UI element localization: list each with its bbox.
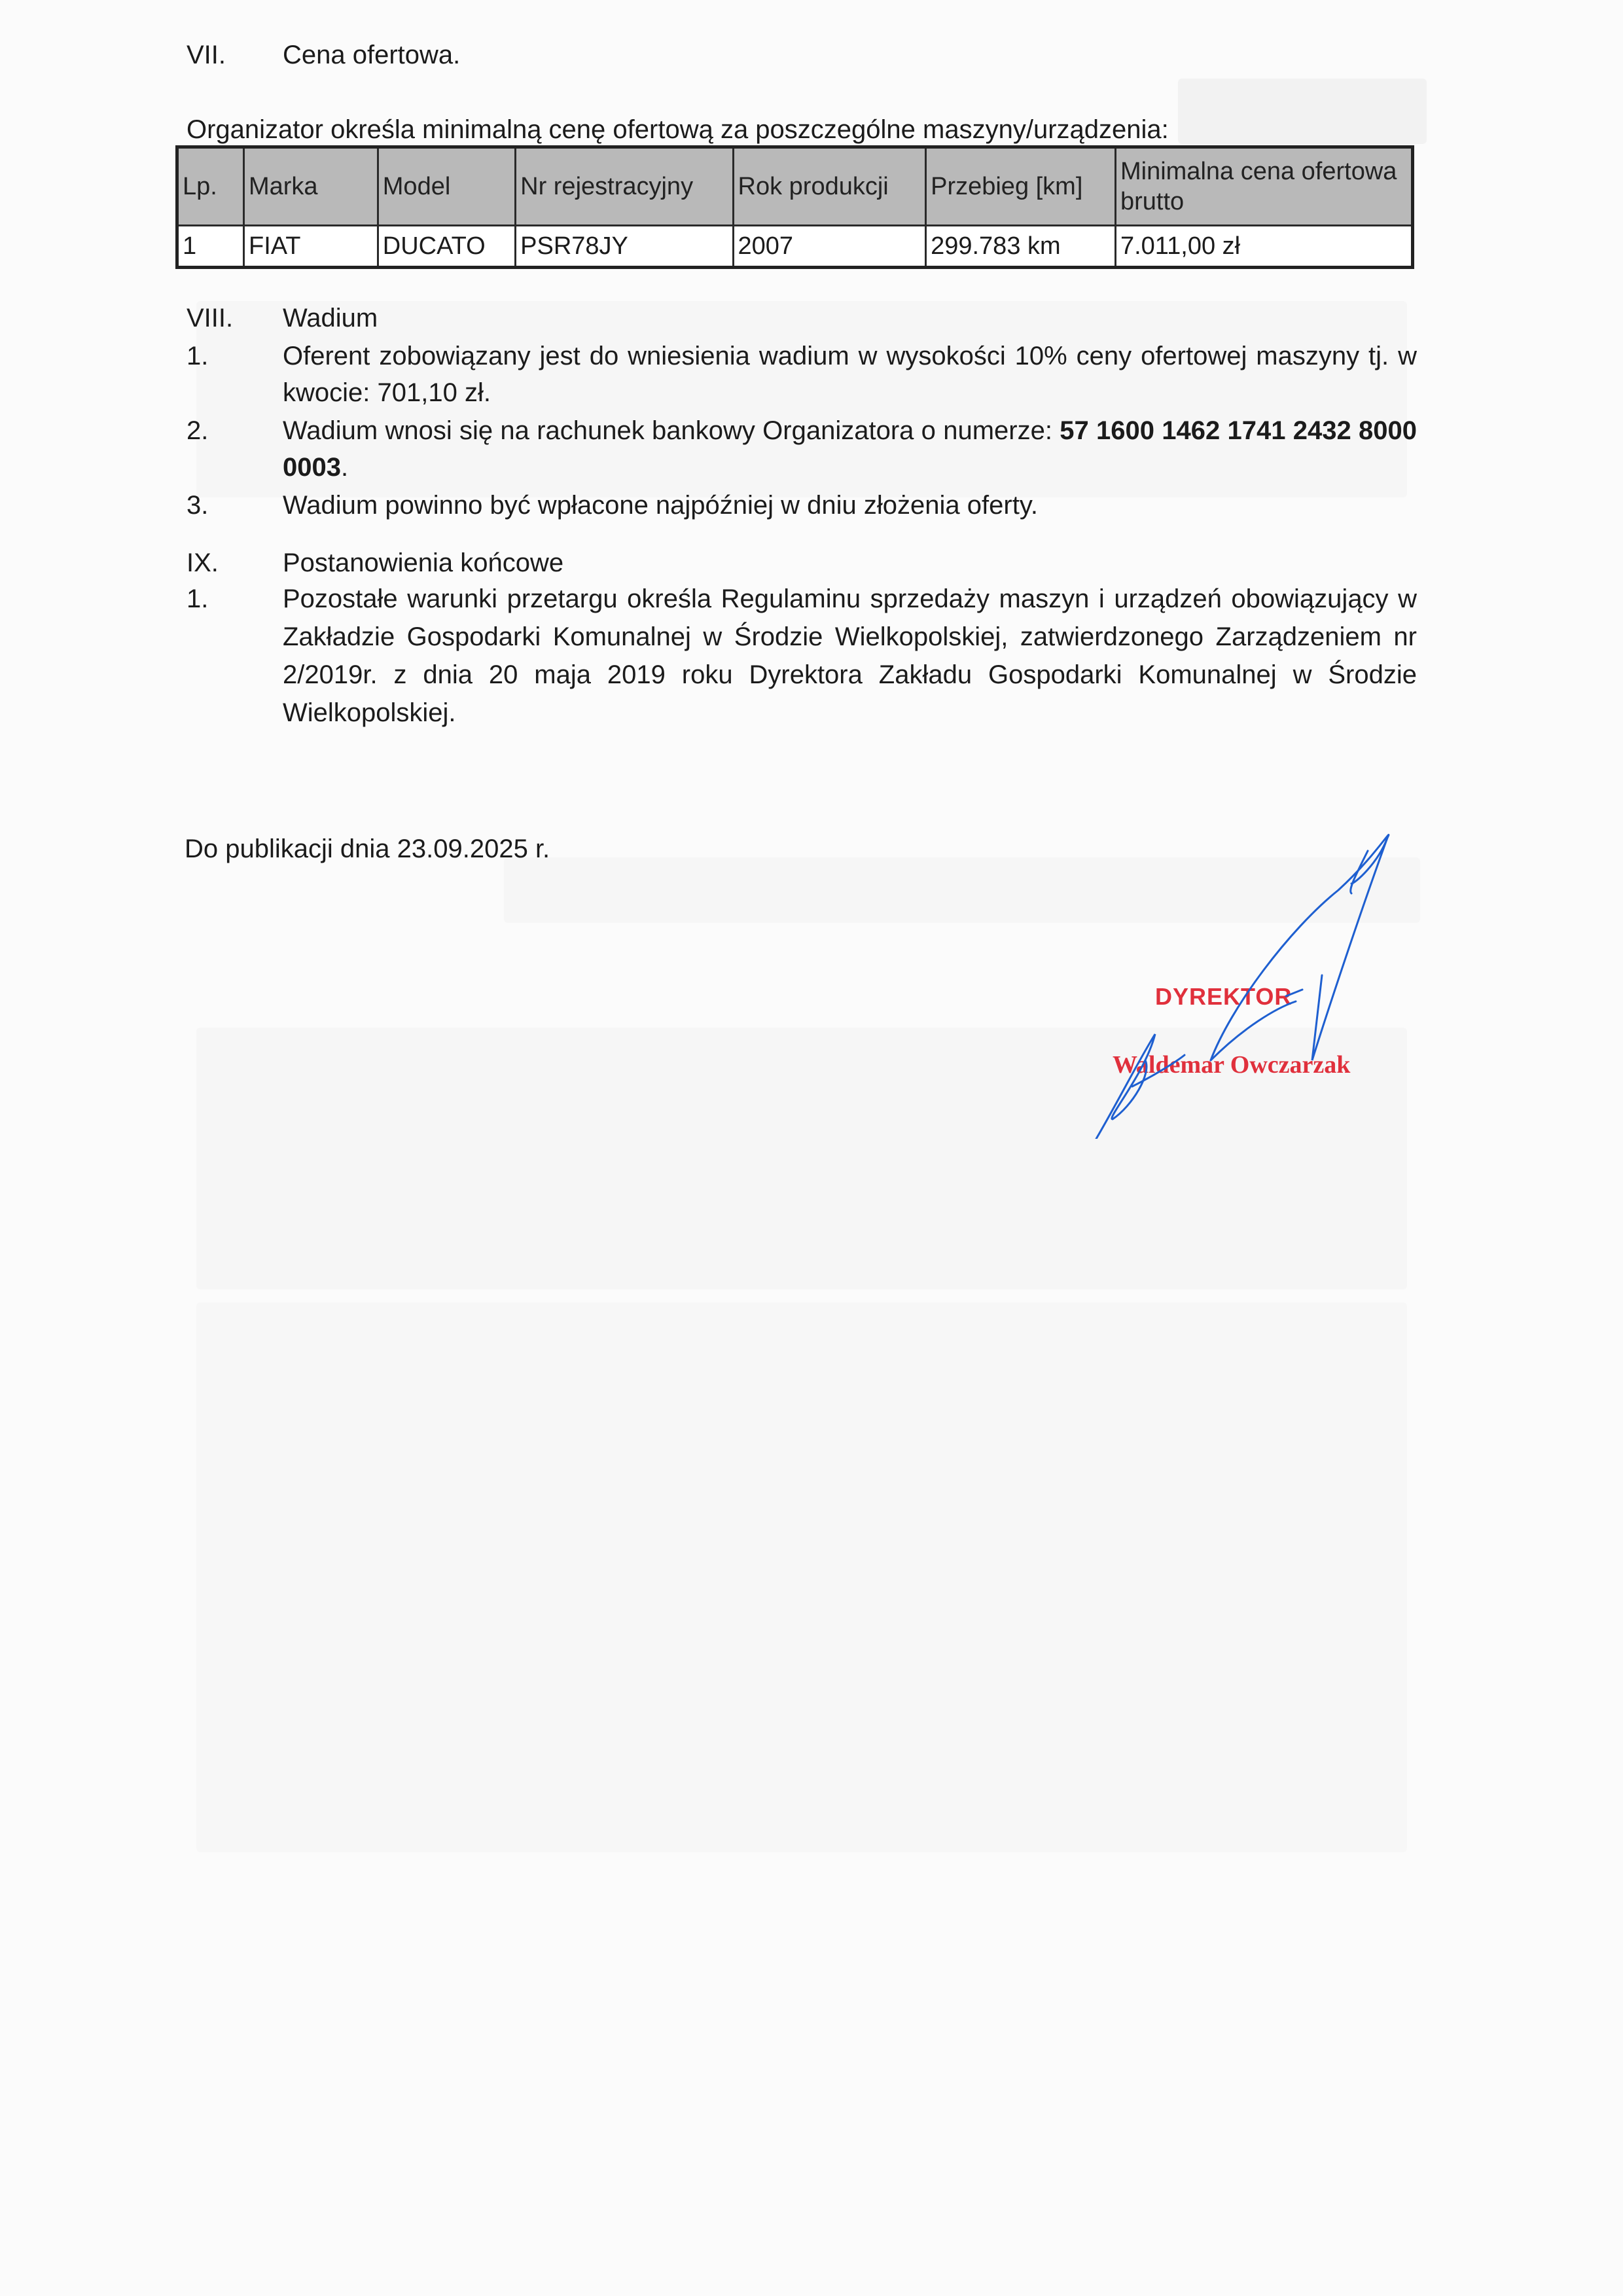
column-header: Rok produkcji: [733, 147, 926, 226]
item-text: Pozostałe warunki przetargu określa Regu…: [283, 580, 1417, 732]
price-intro: Organizator określa minimalną cenę ofert…: [187, 111, 1430, 148]
section-ix-heading: IX. Postanowienia końcowe: [187, 547, 563, 579]
table-body: 1FIATDUCATOPSR78JY2007299.783 km7.011,00…: [177, 226, 1413, 268]
section-vii-heading: VII. Cena ofertowa.: [187, 39, 460, 71]
table-cell: 299.783 km: [926, 226, 1116, 268]
section-title: Wadium: [283, 302, 378, 334]
list-item: 2. Wadium wnosi się na rachunek bankowy …: [187, 412, 1417, 486]
table-cell: 7.011,00 zł: [1115, 226, 1412, 268]
item-number: 1.: [187, 580, 283, 732]
section-number: IX.: [187, 547, 283, 579]
list-item: 3. Wadium powinno być wpłacone najpóźnie…: [187, 487, 1417, 524]
signature-icon: [1080, 812, 1472, 1139]
table-cell: FIAT: [243, 226, 378, 268]
column-header: Minimalna cena ofertowa brutto: [1115, 147, 1412, 226]
section-title: Cena ofertowa.: [283, 39, 460, 71]
column-header: Lp.: [177, 147, 244, 226]
document-page: VII. Cena ofertowa. Organizator określa …: [0, 0, 1623, 2296]
item-text: Wadium wnosi się na rachunek bankowy Org…: [283, 412, 1417, 486]
section-number: VII.: [187, 39, 283, 71]
list-item: 1. Oferent zobowiązany jest do wniesieni…: [187, 338, 1417, 411]
section-title: Postanowienia końcowe: [283, 547, 563, 579]
column-header: Nr rejestracyjny: [516, 147, 733, 226]
item-suffix: .: [341, 453, 348, 482]
item-text: Wadium powinno być wpłacone najpóźniej w…: [283, 487, 1417, 524]
table-header-row: Lp.MarkaModelNr rejestracyjnyRok produkc…: [177, 147, 1413, 226]
min-price-table: Lp.MarkaModelNr rejestracyjnyRok produkc…: [175, 145, 1414, 269]
item-number: 1.: [187, 338, 283, 411]
table-row: 1FIATDUCATOPSR78JY2007299.783 km7.011,00…: [177, 226, 1413, 268]
item-number: 3.: [187, 487, 283, 524]
final-provisions-list: 1. Pozostałe warunki przetargu określa R…: [187, 580, 1417, 733]
table-cell: 1: [177, 226, 244, 268]
item-number: 2.: [187, 412, 283, 486]
table-cell: PSR78JY: [516, 226, 733, 268]
bleed-through-text: [196, 1302, 1407, 1852]
column-header: Model: [378, 147, 515, 226]
item-text: Oferent zobowiązany jest do wniesienia w…: [283, 338, 1417, 411]
publication-date: Do publikacji dnia 23.09.2025 r.: [185, 834, 550, 864]
list-item: 1. Pozostałe warunki przetargu określa R…: [187, 580, 1417, 732]
section-viii-heading: VIII. Wadium: [187, 302, 378, 334]
item-text-plain: Wadium wnosi się na rachunek bankowy Org…: [283, 416, 1060, 445]
column-header: Przebieg [km]: [926, 147, 1116, 226]
column-header: Marka: [243, 147, 378, 226]
table-cell: 2007: [733, 226, 926, 268]
wadium-list: 1. Oferent zobowiązany jest do wniesieni…: [187, 338, 1417, 525]
section-number: VIII.: [187, 302, 283, 334]
table-cell: DUCATO: [378, 226, 515, 268]
